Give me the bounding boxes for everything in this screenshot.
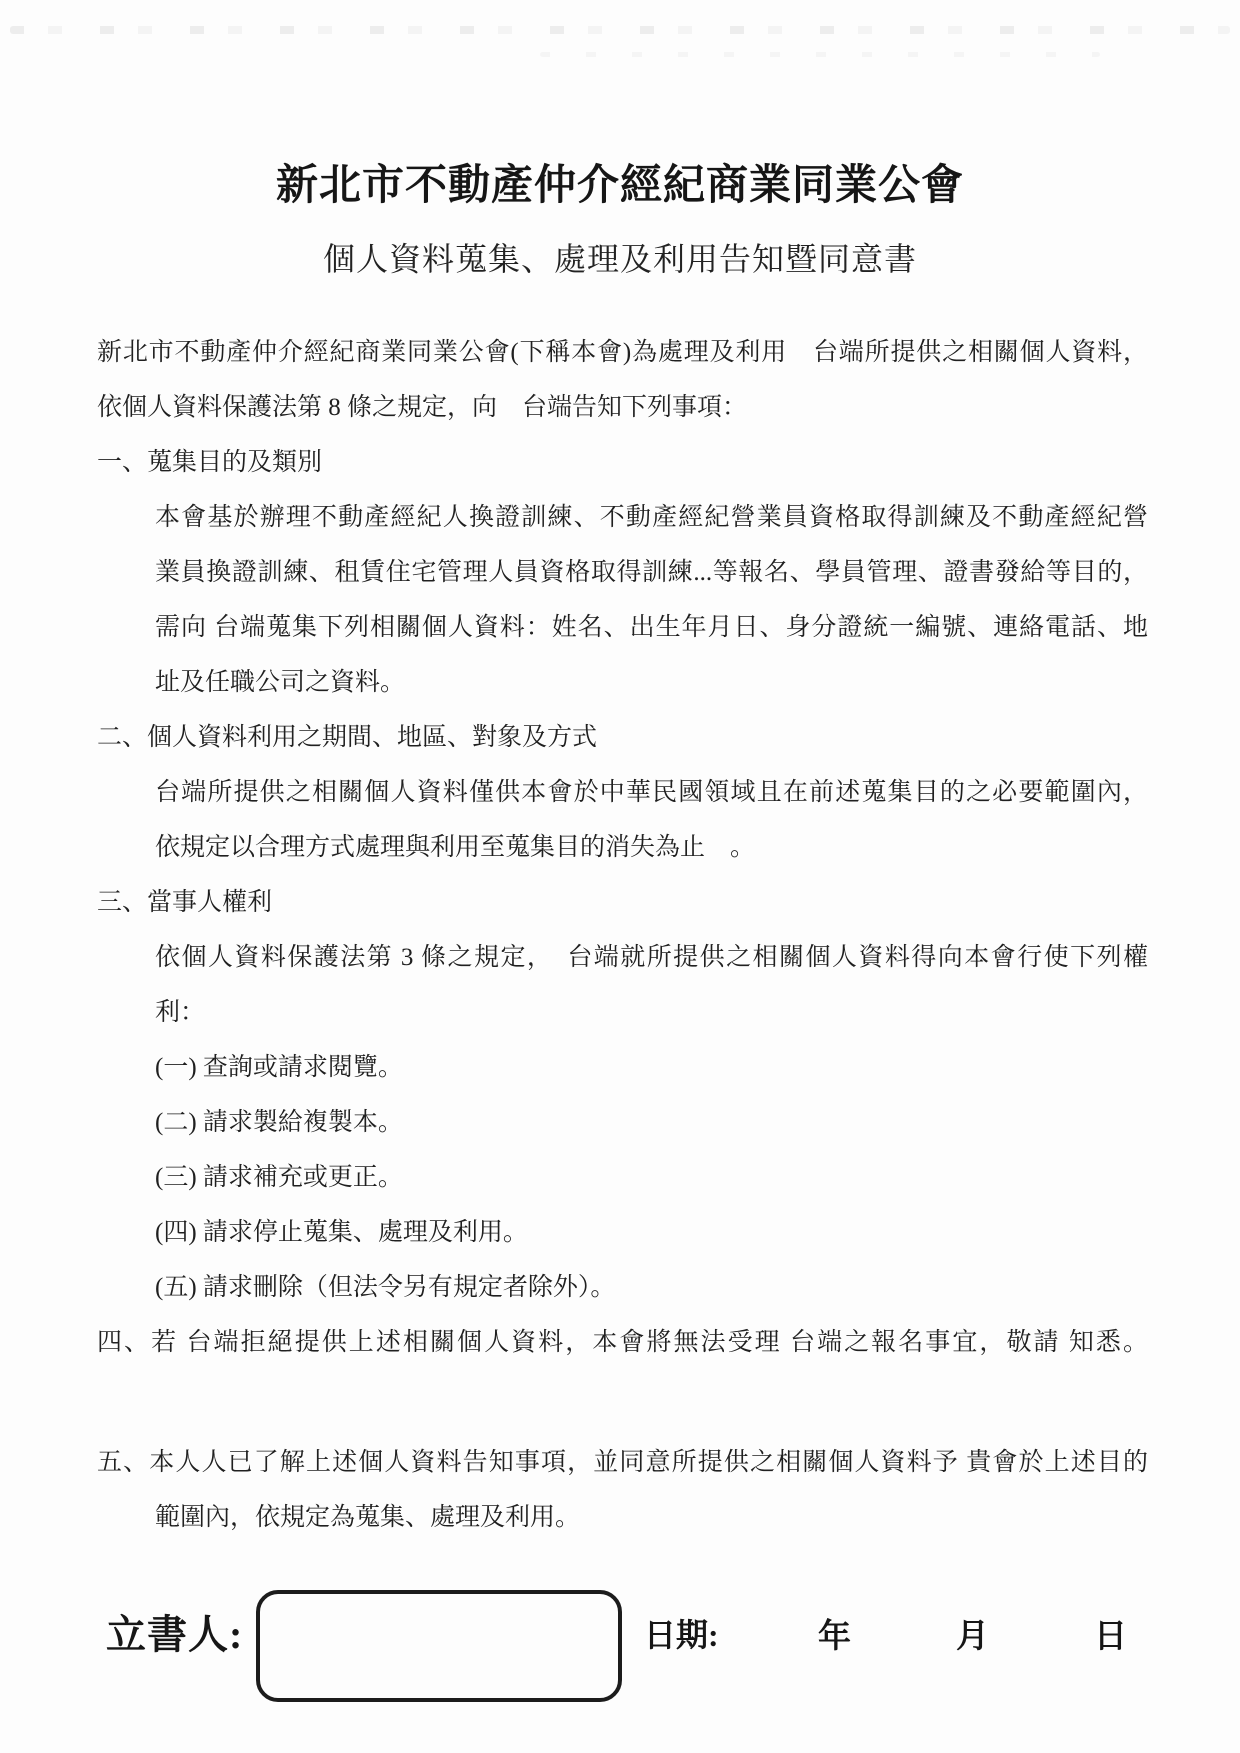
document-line: (三) 請求補充或更正。 [97,1150,1148,1205]
document-line: 三、當事人權利 [97,875,1148,930]
document-line: 一、蒐集目的及類別 [97,435,1148,490]
signature-row: 立書人: 日期: 年 月 日 [0,1585,1240,1715]
document-line: 本會基於辦理不動產經紀人換證訓練、不動產經紀營業員資格取得訓練及不動產經紀營 [97,490,1148,545]
document-line: 依個人資料保護法第 3 條之規定， 台端就所提供之相關個人資料得向本會行使下列權 [97,930,1148,985]
document-line: 台端所提供之相關個人資料僅供本會於中華民國領域且在前述蒐集目的之必要範圍內， [97,765,1148,820]
document-line: 依個人資料保護法第 8 條之規定，向 台端告知下列事項： [97,380,1148,435]
document-line: (二) 請求製給複製本。 [97,1095,1148,1150]
document-line: (五) 請求刪除（但法令另有規定者除外）。 [97,1260,1148,1315]
document-line: (四) 請求停止蒐集、處理及利用。 [97,1205,1148,1260]
document-line: (一) 查詢或請求閱覽。 [97,1040,1148,1095]
signer-label: 立書人: [106,1603,243,1660]
day-label: 日 [1094,1610,1127,1657]
document-line: 依規定以合理方式處理與利用至蒐集目的消失為止 。 [97,820,1148,875]
document-line: 利： [97,985,1148,1040]
scanned-consent-form-page: 新北市不動產仲介經紀商業同業公會 個人資料蒐集、處理及利用告知暨同意書 新北市不… [0,0,1240,1753]
signer-name-box[interactable] [256,1590,622,1702]
page-subtitle: 個人資料蒐集、處理及利用告知暨同意書 [0,234,1240,280]
document-line: 二、個人資料利用之期間、地區、對象及方式 [97,710,1148,765]
date-label: 日期: [644,1610,719,1656]
scan-artifact-streak-2 [540,52,1100,57]
year-label: 年 [818,1610,851,1657]
document-line: 址及任職公司之資料。 [97,655,1148,710]
document-line: 四、若 台端拒絕提供上述相關個人資料，本會將無法受理 台端之報名事宜，敬請 知悉… [97,1315,1148,1370]
scan-artifact-streak [10,26,1230,34]
document-line: 新北市不動產仲介經紀商業同業公會(下稱本會)為處理及利用 台端所提供之相關個人資… [97,325,1148,380]
page-title: 新北市不動產仲介經紀商業同業公會 [0,152,1240,212]
month-label: 月 [956,1610,989,1657]
document-line: 業員換證訓練、租賃住宅管理人員資格取得訓練...等報名、學員管理、證書發給等目的… [97,545,1148,600]
document-line: 五、本人人已了解上述個人資料告知事項，並同意所提供之相關個人資料予 貴會於上述目… [97,1435,1148,1490]
document-body: 新北市不動產仲介經紀商業同業公會(下稱本會)為處理及利用 台端所提供之相關個人資… [97,325,1148,1545]
document-line: 範圍內，依規定為蒐集、處理及利用。 [97,1490,1148,1545]
document-line: 需向 台端蒐集下列相關個人資料：姓名、出生年月日、身分證統一編號、連絡電話、地 [97,600,1148,655]
